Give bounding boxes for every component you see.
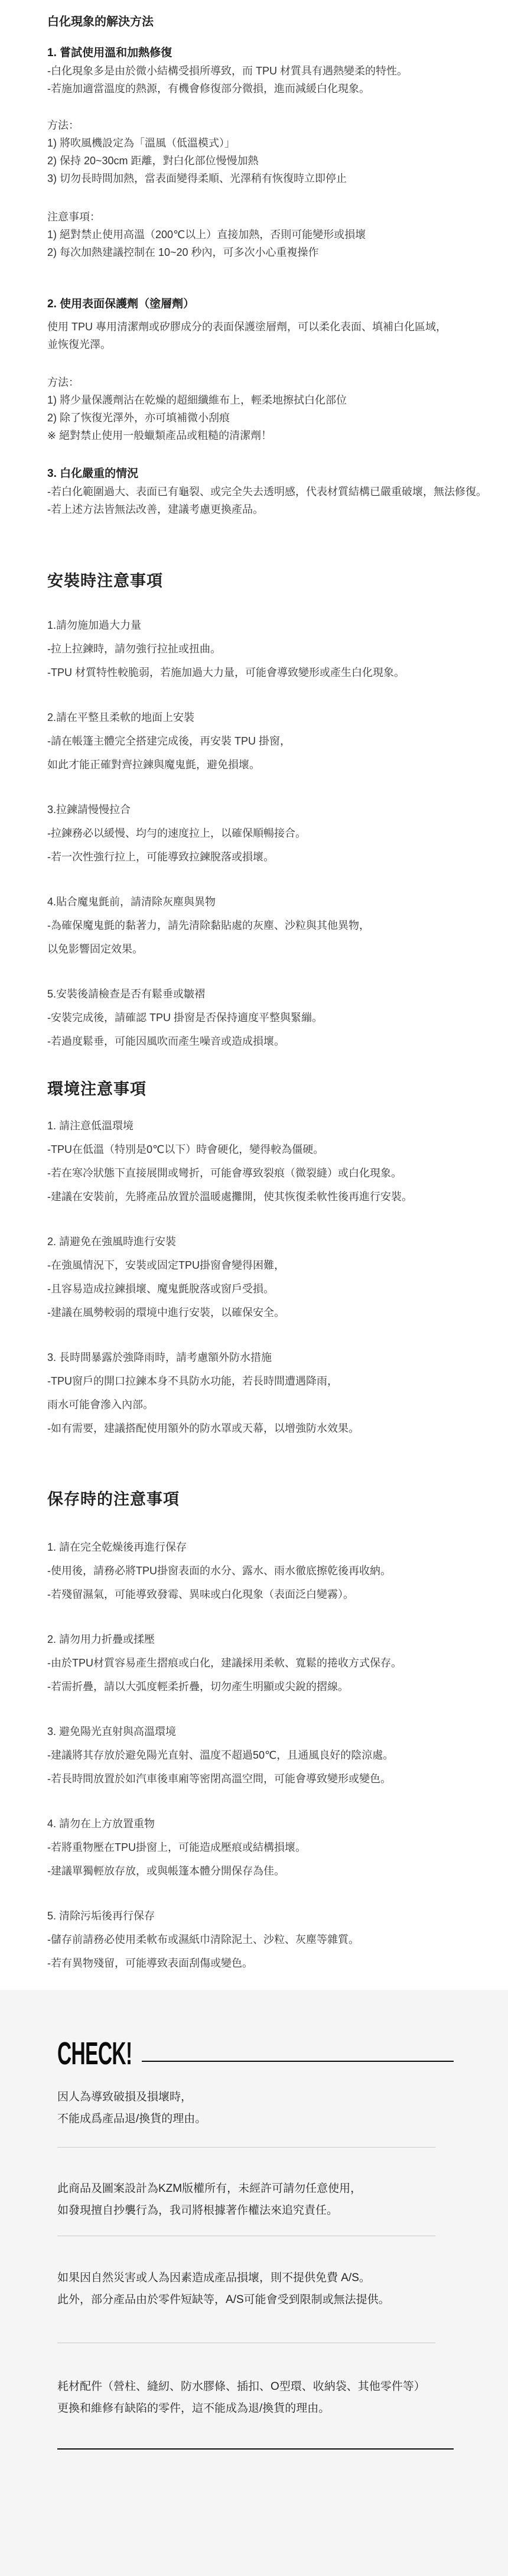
install-section-title: 安裝時注意事項 (47, 569, 508, 593)
section-install-precautions: 安裝時注意事項 1.請勿施加過大力量-拉上拉鍊時，請勿強行拉扯或扭曲。-TPU … (47, 569, 508, 1053)
whitening-sub1-intro: -白化現象多是由於微小結構受損所導致，而 TPU 材質具有遇熱變柔的特性。-若施… (47, 62, 508, 98)
care-item-line: -使用後，請務必將TPU掛窗表面的水分、露水、雨水徹底擦乾後再收納。 (47, 1559, 508, 1583)
install-items: 1.請勿施加過大力量-拉上拉鍊時，請勿強行拉扯或扭曲。-TPU 材質特性較脆弱，… (47, 613, 508, 1053)
notice-line: 因人為導致破損及損壞時， (57, 2086, 508, 2108)
care-item: 1. 請注意低溫環境-TPU在低溫（特別是0℃以下）時會硬化，變得較為僵硬。-若… (47, 1114, 508, 1209)
check-group-copyright: 此商品及圖案設計為KZM版權所有，未經許可請勿任意使用，如發現擅自抄襲行為，我司… (57, 2178, 508, 2221)
text-line: 2) 每次加熱建議控制在 10~20 秒內，可多次小心重複操作 (47, 243, 508, 261)
care-item-line: -TPU窗戶的開口拉鍊本身不具防水功能，若長時間遭遇降雨， (47, 1369, 508, 1393)
care-item-line: -建議在風勢較弱的環境中進行安裝，以確保安全。 (47, 1301, 508, 1324)
text-line: 1) 絕對禁止使用高溫（200℃以上）直接加熱，否則可能變形或損壞 (47, 226, 508, 243)
check-group-damage: 因人為導致破損及損壞時，不能成爲產品退/換貨的理由。 (57, 2086, 508, 2130)
check-group-consumables: 耗材配件（營柱、縫紉、防水膠條、插扣、O型環、收納袋、其他零件等）更換和維修有缺… (57, 2376, 508, 2419)
care-item: 3. 長時間暴露於強降雨時，請考慮額外防水措施-TPU窗戶的開口拉鍊本身不具防水… (47, 1346, 508, 1440)
divider-line (57, 2236, 435, 2236)
care-item: 1.請勿施加過大力量-拉上拉鍊時，請勿強行拉扯或扭曲。-TPU 材質特性較脆弱，… (47, 613, 508, 684)
whitening-sub1-cautions: 注意事項：1) 絕對禁止使用高溫（200℃以上）直接加熱，否則可能變形或損壞2)… (47, 208, 508, 261)
care-item: 3. 避免陽光直射與高溫環境-建議將其存放於避免陽光直射、溫度不超過50℃，且通… (47, 1720, 508, 1791)
care-item-heading: 4.貼合魔鬼氈前，請清除灰塵與異物 (47, 890, 508, 914)
whitening-sub1-method: 方法：1) 將吹風機設定為「溫風（低溫模式）」2) 保持 20~30cm 距離，… (47, 116, 508, 187)
text-line: -若施加適當溫度的熱源，有機會修復部分微損，進而減緩白化現象。 (47, 80, 508, 98)
whitening-sub2-heading: 2. 使用表面保護劑（塗層劑） (47, 295, 508, 313)
text-line: -若白化範圍過大、表面已有龜裂、或完全失去透明感，代表材質結構已嚴重破壞，無法修… (47, 483, 508, 501)
care-item: 2.請在平整且柔軟的地面上安裝-請在帳篷主體完全搭建完成後，再安裝 TPU 掛窗… (47, 706, 508, 777)
care-item-line: 以免影響固定效果。 (47, 937, 508, 961)
text-line: 3) 切勿長時間加熱，當表面變得柔順、光澤稍有恢復時立即停止 (47, 170, 508, 187)
divider-line (57, 2343, 435, 2343)
text-line: -白化現象多是由於微小結構受損所導致，而 TPU 材質具有遇熱變柔的特性。 (47, 62, 508, 80)
text-line: -若上述方法皆無法改善，建議考慮更換產品。 (47, 501, 508, 518)
care-item-line: -TPU在低溫（特別是0℃以下）時會硬化，變得較為僵硬。 (47, 1138, 508, 1161)
whitening-sub1-heading: 1. 嘗試使用溫和加熱修復 (47, 44, 508, 62)
care-item: 2. 請避免在強風時進行安裝-在強風情況下，安裝或固定TPU掛窗會變得困難，-且… (47, 1230, 508, 1324)
whitening-sub3-heading: 3. 白化嚴重的情況 (47, 465, 508, 483)
text-line: 方法： (47, 116, 508, 134)
text-line: 方法： (47, 373, 508, 391)
check-title: CHECK! (57, 2041, 132, 2067)
care-item-line: -且容易造成拉鍊損壞、魔鬼氈脫落或窗戶受損。 (47, 1277, 508, 1301)
care-item-line: -建議在安裝前，先將產品放置於溫暖處攤開，使其恢復柔軟性後再進行安裝。 (47, 1185, 508, 1209)
check-header: CHECK! (57, 2041, 454, 2067)
whitening-sub2-method: 方法：1) 將少量保護劑沾在乾燥的超細纖維布上，輕柔地擦拭白化部位2) 除了恢復… (47, 373, 508, 444)
care-item-line: -若一次性強行拉上，可能導致拉鍊脫落或損壞。 (47, 845, 508, 869)
text-line: 並恢復光澤。 (47, 336, 508, 353)
care-item-line: -若需折疊，請以大弧度輕柔折疊，切勿產生明顯或尖銳的摺線。 (47, 1675, 508, 1698)
whitening-sub3-intro: -若白化範圍過大、表面已有龜裂、或完全失去透明感，代表材質結構已嚴重破壞，無法修… (47, 483, 508, 518)
care-item-line: -拉上拉鍊時，請勿強行拉扯或扭曲。 (47, 637, 508, 661)
text-line: 2) 除了恢復光澤外，亦可填補微小刮痕 (47, 409, 508, 427)
section-storage-precautions: 保存時的注意事項 1. 請在完全乾燥後再進行保存-使用後，請務必將TPU掛窗表面… (47, 1487, 508, 1975)
care-item-line: -如有需要，建議搭配使用額外的防水罩或天幕，以增強防水效果。 (47, 1417, 508, 1440)
check-header-rule (142, 2061, 454, 2062)
care-item-line: -若殘留濕氣，可能導致發霉、異味或白化現象（表面泛白變霧）。 (47, 1583, 508, 1606)
care-item-heading: 2. 請避免在強風時進行安裝 (47, 1230, 508, 1253)
care-item-line: -若過度鬆垂，可能因風吹而產生噪音或造成損壞。 (47, 1029, 508, 1053)
care-item-heading: 1.請勿施加過大力量 (47, 613, 508, 637)
care-item-line: -由於TPU材質容易產生摺痕或白化，建議採用柔軟、寬鬆的捲收方式保存。 (47, 1651, 508, 1675)
care-item: 2. 請勿用力折疊或揉壓-由於TPU材質容易產生摺痕或白化，建議採用柔軟、寬鬆的… (47, 1628, 508, 1698)
text-line: ※ 絕對禁止使用一般蠟類產品或粗糙的清潔劑！ (47, 427, 508, 444)
care-item-line: -請在帳篷主體完全搭建完成後，再安裝 TPU 掛窗， (47, 729, 508, 753)
care-item-heading: 1. 請在完全乾燥後再進行保存 (47, 1535, 508, 1559)
care-item-heading: 5. 清除污垢後再行保存 (47, 1904, 508, 1928)
care-item-line: -建議單獨輕放存放，或與帳篷本體分開保存為佳。 (47, 1859, 508, 1883)
care-item-line: -在強風情況下，安裝或固定TPU掛窗會變得困難， (47, 1253, 508, 1277)
check-notice-panel: CHECK! 因人為導致破損及損壞時，不能成爲產品退/換貨的理由。 此商品及圖案… (0, 1990, 508, 2576)
environment-items: 1. 請注意低溫環境-TPU在低溫（特別是0℃以下）時會硬化，變得較為僵硬。-若… (47, 1114, 508, 1440)
care-item-line: 如此才能正確對齊拉鍊與魔鬼氈，避免損壞。 (47, 753, 508, 777)
care-item-line: -為確保魔鬼氈的黏著力，請先清除黏貼處的灰塵、沙粒與其他異物， (47, 914, 508, 937)
notice-line: 如發現擅自抄襲行為，我司將根據著作權法來追究責任。 (57, 2200, 508, 2221)
text-line: 2) 保持 20~30cm 距離，對白化部位慢慢加熱 (47, 152, 508, 170)
section-whitening-solutions: 白化現象的解決方法 1. 嘗試使用溫和加熱修復 -白化現象多是由於微小結構受損所… (47, 13, 508, 518)
care-item-heading: 4. 請勿在上方放置重物 (47, 1812, 508, 1836)
care-item-heading: 3. 長時間暴露於強降雨時，請考慮額外防水措施 (47, 1346, 508, 1369)
care-item-heading: 1. 請注意低溫環境 (47, 1114, 508, 1138)
notice-line: 耗材配件（營柱、縫紉、防水膠條、插扣、O型環、收納袋、其他零件等） (57, 2376, 508, 2398)
care-item-line: -TPU 材質特性較脆弱，若施加過大力量，可能會導致變形或產生白化現象。 (47, 661, 508, 684)
bottom-rule (57, 2448, 454, 2450)
storage-items: 1. 請在完全乾燥後再進行保存-使用後，請務必將TPU掛窗表面的水分、露水、雨水… (47, 1535, 508, 1975)
notice-line: 此商品及圖案設計為KZM版權所有，未經許可請勿任意使用， (57, 2178, 508, 2200)
care-item-line: -若在寒冷狀態下直接展開或彎折，可能會導致裂痕（微裂縫）或白化現象。 (47, 1161, 508, 1185)
care-item: 4. 請勿在上方放置重物-若將重物壓在TPU掛窗上，可能造成壓痕或結構損壞。-建… (47, 1812, 508, 1883)
care-item-heading: 2. 請勿用力折疊或揉壓 (47, 1628, 508, 1651)
text-line: 1) 將吹風機設定為「溫風（低溫模式）」 (47, 134, 508, 152)
environment-section-title: 環境注意事項 (47, 1077, 508, 1101)
check-title-wrap: CHECK! (57, 2041, 134, 2067)
whitening-sub2-intro: 使用 TPU 專用清潔劑或矽膠成分的表面保護塗層劑，可以柔化表面、填補白化區域，… (47, 318, 508, 353)
care-item-line: -若將重物壓在TPU掛窗上，可能造成壓痕或結構損壞。 (47, 1836, 508, 1859)
care-item: 4.貼合魔鬼氈前，請清除灰塵與異物-為確保魔鬼氈的黏著力，請先清除黏貼處的灰塵、… (47, 890, 508, 961)
care-item-heading: 3.拉鍊請慢慢拉合 (47, 798, 508, 821)
notice-line: 不能成爲產品退/換貨的理由。 (57, 2108, 508, 2130)
section-environment-precautions: 環境注意事項 1. 請注意低溫環境-TPU在低溫（特別是0℃以下）時會硬化，變得… (47, 1077, 508, 1440)
care-item-heading: 3. 避免陽光直射與高溫環境 (47, 1720, 508, 1743)
care-item: 5.安裝後請檢查是否有鬆垂或皺褶-安裝完成後，請確認 TPU 掛窗是否保持適度平… (47, 982, 508, 1053)
notice-line: 更換和維修有缺陷的零件，這不能成為退/換貨的理由。 (57, 2398, 508, 2419)
care-item-line: 雨水可能會滲入內部。 (47, 1393, 508, 1417)
care-item-line: -拉鍊務必以緩慢、均勻的速度拉上，以確保順暢接合。 (47, 821, 508, 845)
whitening-section-title: 白化現象的解決方法 (47, 13, 508, 31)
care-item-line: -儲存前請務必使用柔軟布或濕紙巾清除泥土、沙粒、灰塵等雜質。 (47, 1928, 508, 1951)
text-line: 1) 將少量保護劑沾在乾燥的超細纖維布上，輕柔地擦拭白化部位 (47, 391, 508, 409)
care-item-line: -若有異物殘留，可能導致表面刮傷或變色。 (47, 1951, 508, 1975)
storage-section-title: 保存時的注意事項 (47, 1487, 508, 1511)
divider-line (57, 2147, 435, 2148)
care-item: 5. 清除污垢後再行保存-儲存前請務必使用柔軟布或濕紙巾清除泥土、沙粒、灰塵等雜… (47, 1904, 508, 1975)
care-item-heading: 5.安裝後請檢查是否有鬆垂或皺褶 (47, 982, 508, 1006)
care-item-line: -建議將其存放於避免陽光直射、溫度不超過50℃，且通風良好的陰涼處。 (47, 1743, 508, 1767)
care-item-heading: 2.請在平整且柔軟的地面上安裝 (47, 706, 508, 729)
text-line: 注意事項： (47, 208, 508, 226)
text-line: 使用 TPU 專用清潔劑或矽膠成分的表面保護塗層劑，可以柔化表面、填補白化區域， (47, 318, 508, 336)
notice-line: 如果因自然災害或人為因素造成產品損壞，則不提供免費 A/S。 (57, 2267, 508, 2289)
notice-line: 此外，部分產品由於零件短缺等，A/S可能會受到限制或無法提供。 (57, 2289, 508, 2311)
care-item-line: -若長時間放置於如汽車後車廂等密閉高溫空間，可能會導致變形或變色。 (47, 1767, 508, 1791)
care-instructions-document: 白化現象的解決方法 1. 嘗試使用溫和加熱修復 -白化現象多是由於微小結構受損所… (0, 0, 508, 1975)
care-item-line: -安裝完成後，請確認 TPU 掛窗是否保持適度平整與緊繃。 (47, 1006, 508, 1029)
care-item: 3.拉鍊請慢慢拉合-拉鍊務必以緩慢、均勻的速度拉上，以確保順暢接合。-若一次性強… (47, 798, 508, 869)
check-group-as-service: 如果因自然災害或人為因素造成產品損壞，則不提供免費 A/S。此外，部分產品由於零… (57, 2267, 508, 2311)
care-item: 1. 請在完全乾燥後再進行保存-使用後，請務必將TPU掛窗表面的水分、露水、雨水… (47, 1535, 508, 1606)
